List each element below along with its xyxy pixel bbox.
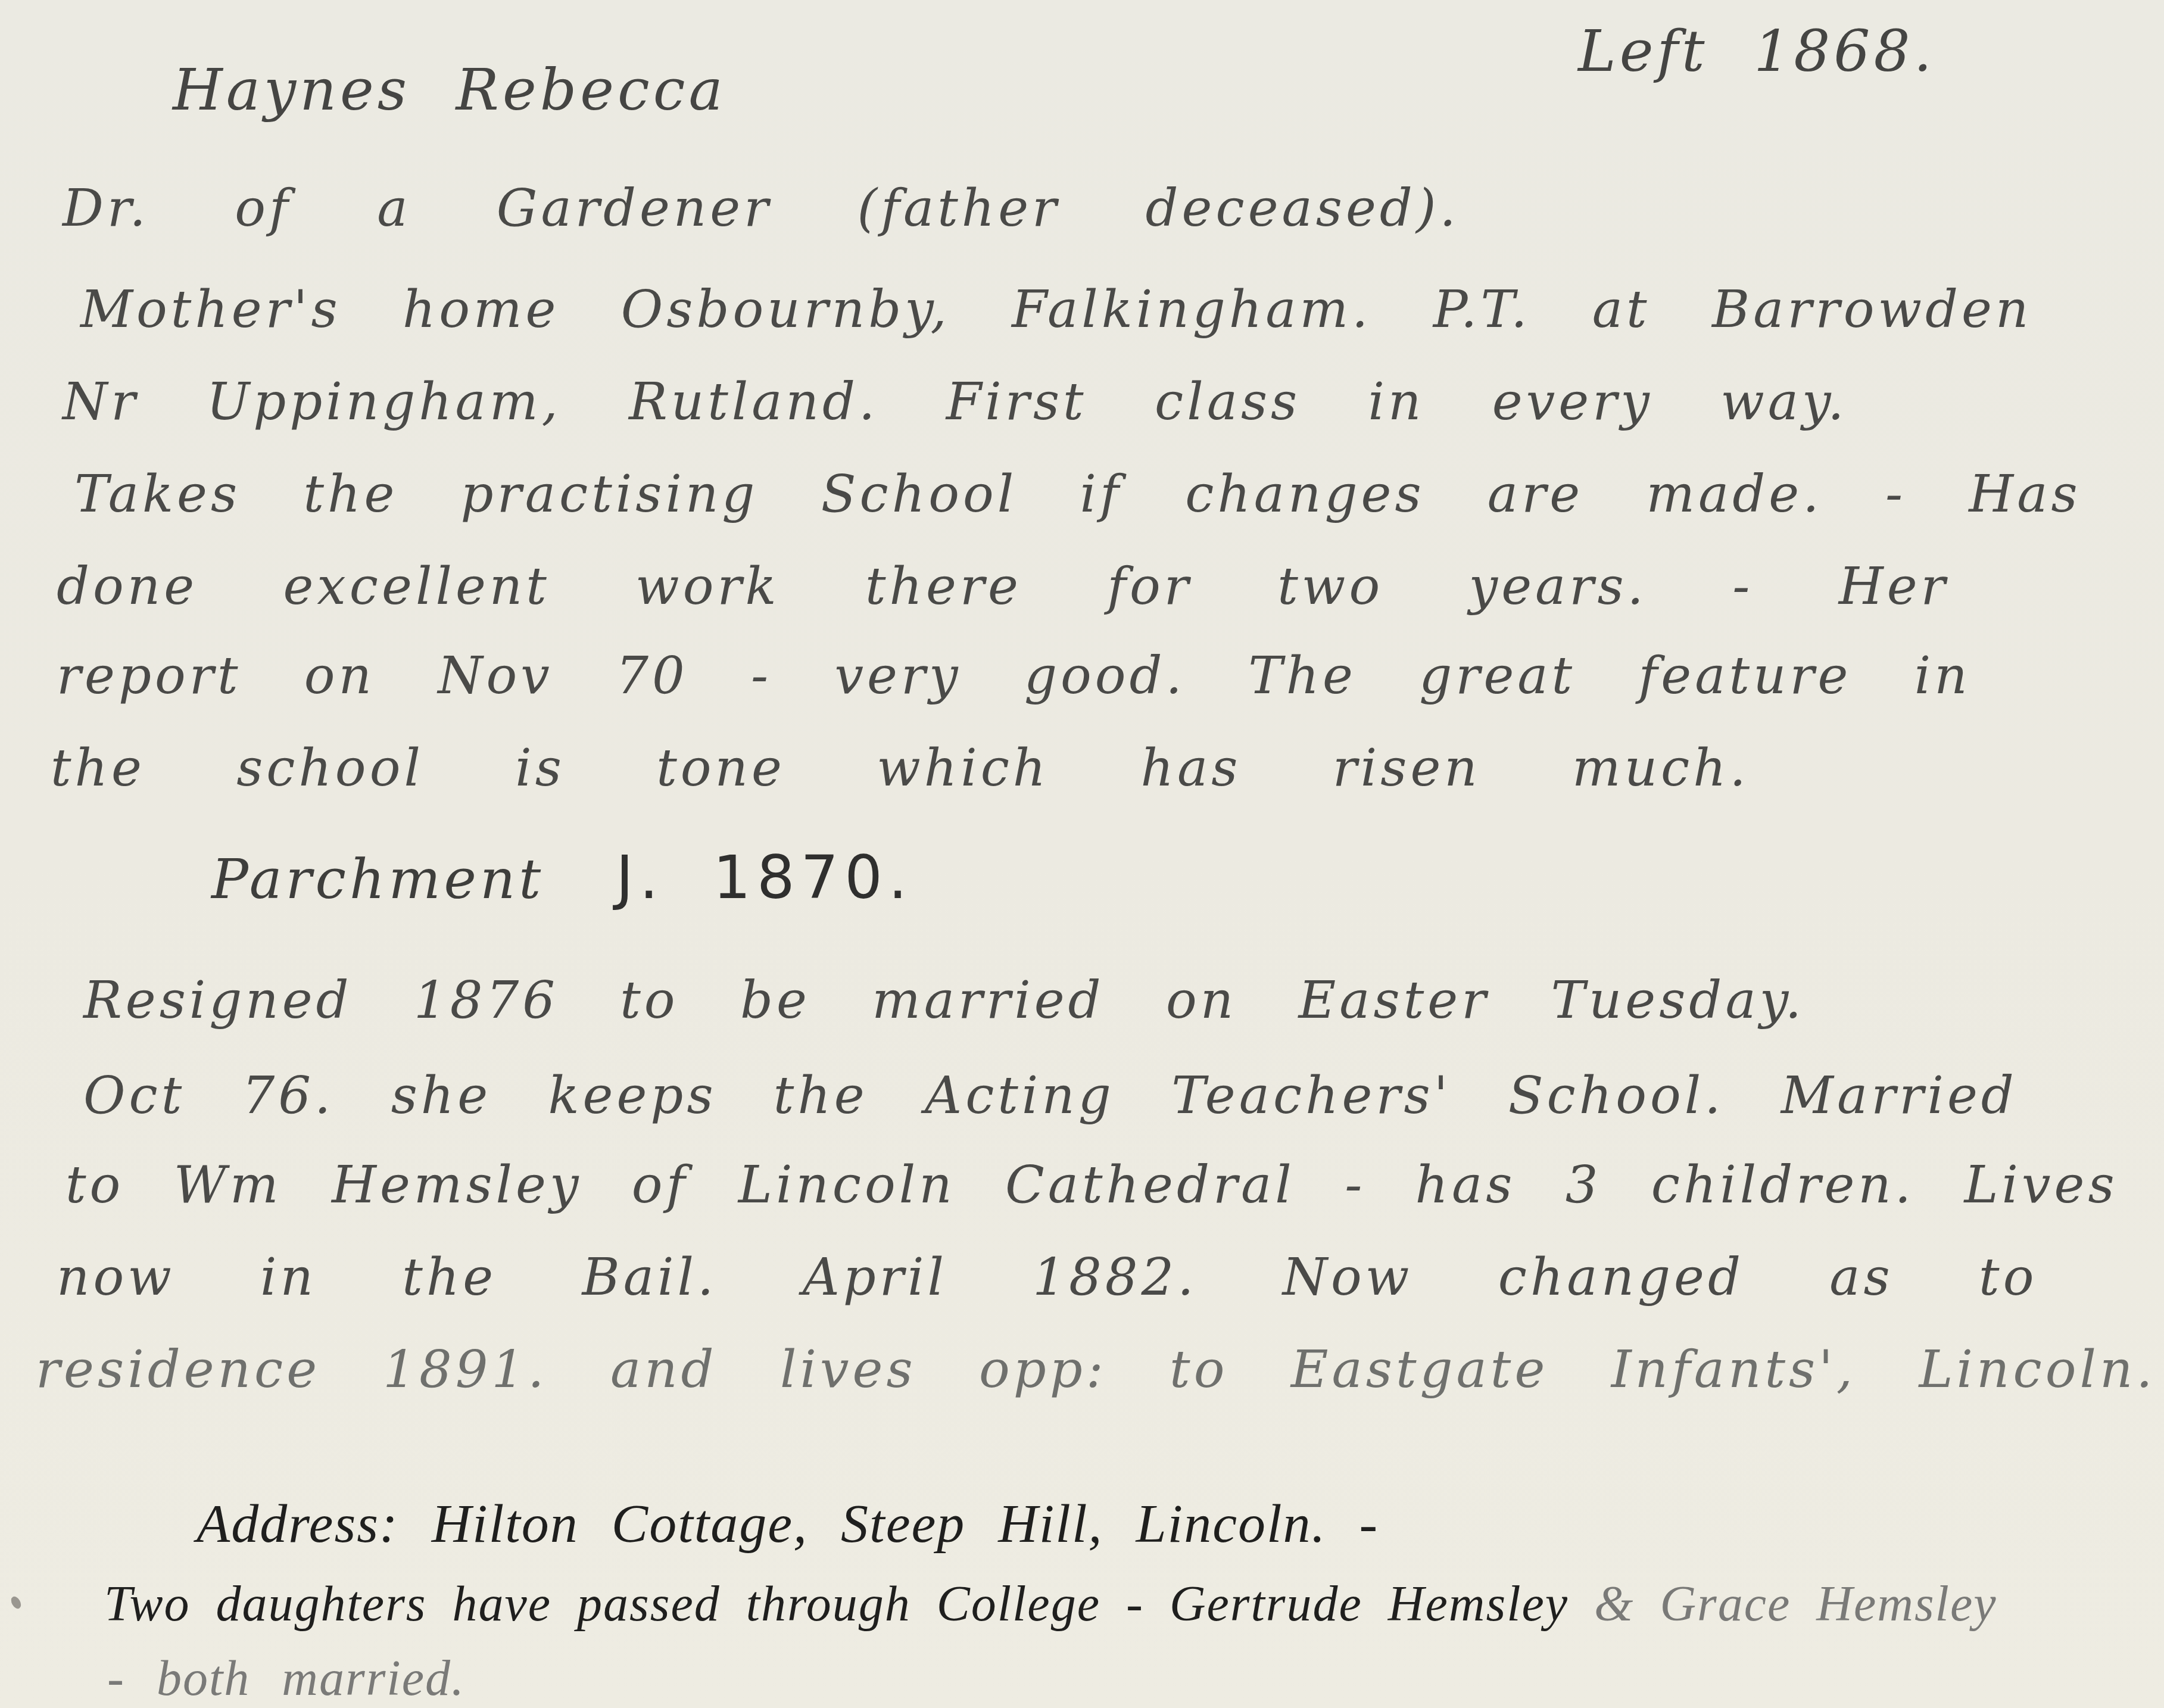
entry-line-5: done excellent work there for two years.… (57, 557, 1949, 616)
parchment-grade: J. 1870. (616, 843, 913, 912)
later-line-1: Resigned 1876 to be married on Easter Tu… (83, 971, 1805, 1030)
entry-line-4: Takes the practising School if changes a… (74, 465, 2081, 524)
daughters-line: Two daughters have passed through Colleg… (104, 1575, 1997, 1633)
entry-line-2: Mother's home Osbournby, Falkingham. P.T… (80, 280, 2032, 339)
entry-line-6: report on Nov 70 - very good. The great … (57, 646, 1971, 706)
daughters-text: Two daughters have passed through Colleg… (104, 1576, 1569, 1632)
later-line-4: now in the Bail. April 1882. Now changed… (57, 1248, 2037, 1307)
register-page: Haynes Rebecca Left 1868. Dr. of a Garde… (0, 0, 2164, 1708)
later-line-5: residence 1891. and lives opp: to Eastga… (36, 1340, 2156, 1400)
later-line-3: to Wm Hemsley of Lincoln Cathedral - has… (66, 1155, 2118, 1215)
married-line: - both married. (107, 1650, 465, 1707)
entry-date: Left 1868. (1578, 18, 1935, 85)
entry-line-1: Dr. of a Gardener (father deceased). (63, 179, 1460, 238)
later-line-2: Oct 76. she keeps the Acting Teachers' S… (83, 1066, 2018, 1126)
parchment-line: ParchmentJ. 1870. (211, 843, 913, 912)
parchment-label: Parchment (211, 847, 544, 911)
entry-name: Haynes Rebecca (173, 57, 726, 123)
daughters-text-grey: & Grace Hemsley (1594, 1576, 1997, 1632)
entry-line-3: Nr Uppingham, Rutland. First class in ev… (63, 372, 1848, 432)
entry-line-7: the school is tone which has risen much. (51, 738, 1750, 798)
address-line: Address: Hilton Cottage, Steep Hill, Lin… (197, 1492, 1379, 1555)
paper-blemish (9, 1595, 23, 1610)
